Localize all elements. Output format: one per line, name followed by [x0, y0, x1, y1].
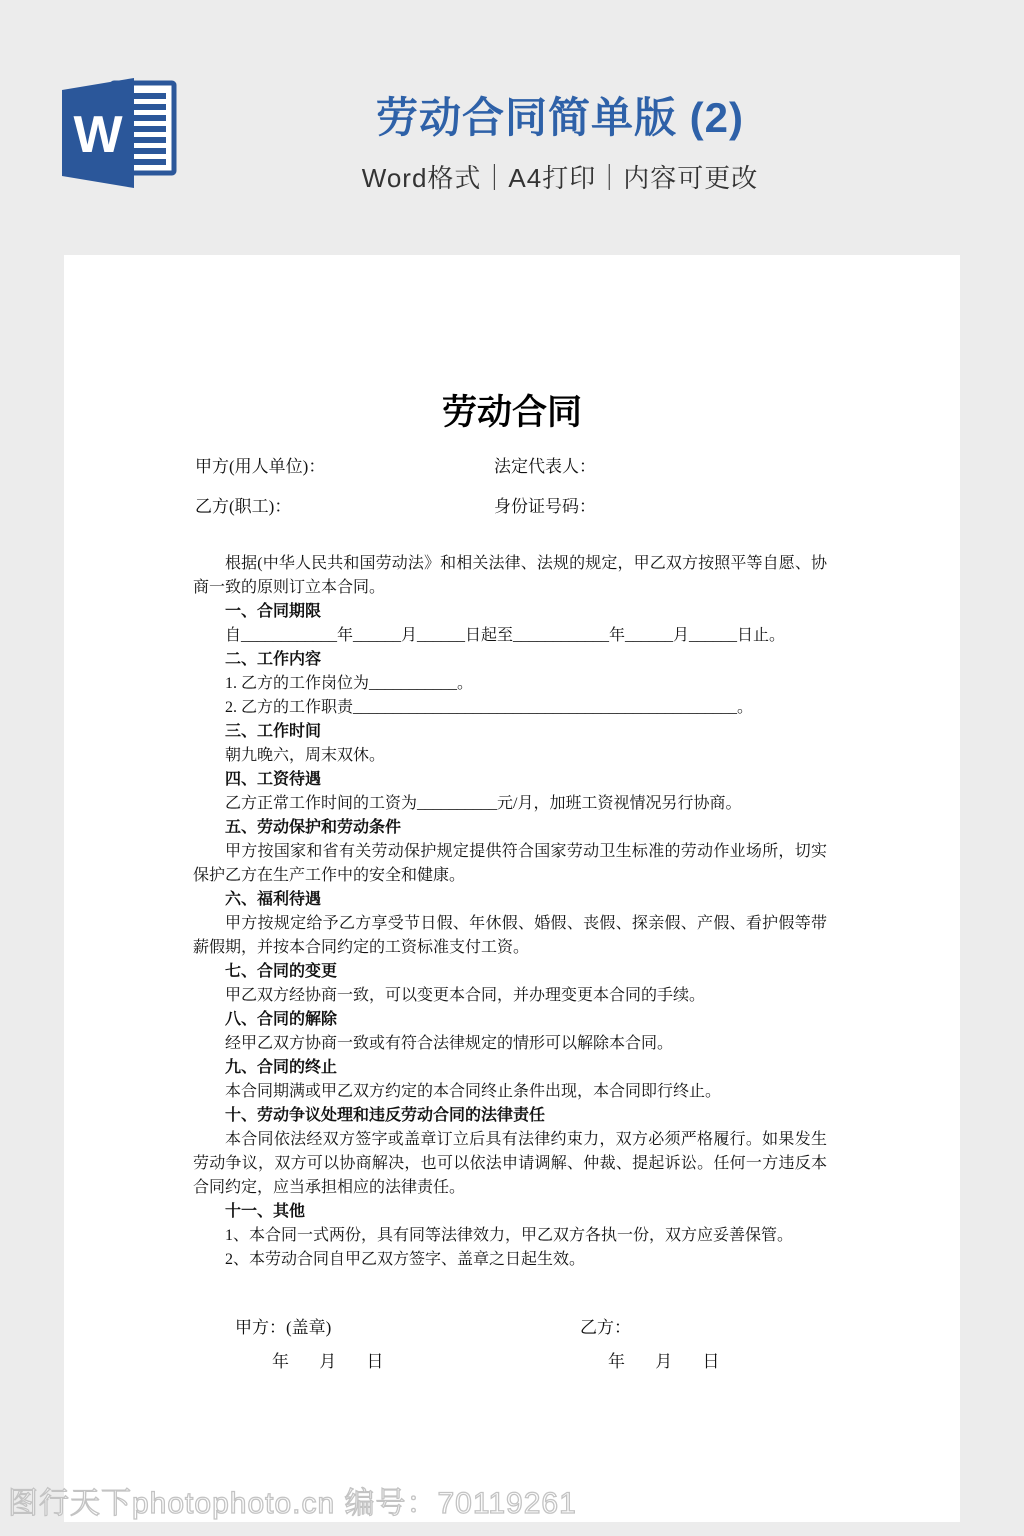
contract-paragraph: 十、劳动争议处理和违反劳动合同的法律责任 — [193, 1104, 827, 1128]
contract-paragraph: 八、合同的解除 — [193, 1008, 827, 1032]
contract-paragraph: 三、工作时间 — [193, 720, 827, 744]
legal-rep-label: 法定代表人： — [494, 452, 596, 477]
header-title: 劳动合同简单版 (2) — [185, 92, 935, 144]
contract-body: 根据(中华人民共和国劳动法》和相关法律、法规的规定，甲乙双方按照平等自愿、协商一… — [193, 552, 827, 1272]
contract-paragraph: 本合同期满或甲乙双方约定的本合同终止条件出现，本合同即行终止。 — [193, 1080, 827, 1104]
contract-paragraph: 五、劳动保护和劳动条件 — [193, 816, 827, 840]
contract-paragraph: 2. 乙方的工作职责______________________________… — [193, 696, 827, 720]
document-page: 劳动合同 甲方(用人单位)： 法定代表人： 乙方(职工)： 身份证号码： 根据(… — [64, 255, 960, 1522]
signature-date-b: 年 月 日 — [608, 1347, 720, 1372]
contract-paragraph: 1. 乙方的工作岗位为___________。 — [193, 672, 827, 696]
signature-party-a: 甲方：(盖章) — [235, 1313, 331, 1338]
field-row-2: 乙方(职工)： 身份证号码： — [195, 492, 835, 532]
contract-paragraph: 朝九晚六，周末双休。 — [193, 744, 827, 768]
header-subtitle: Word格式｜A4打印｜内容可更改 — [185, 158, 935, 195]
contract-paragraph: 本合同依法经双方签字或盖章订立后具有法律约束力，双方必须严格履行。如果发生劳动争… — [193, 1128, 827, 1200]
contract-paragraph: 经甲乙双方协商一致或有符合法律规定的情形可以解除本合同。 — [193, 1032, 827, 1056]
contract-paragraph: 一、合同期限 — [193, 600, 827, 624]
contract-paragraph: 二、工作内容 — [193, 648, 827, 672]
site-watermark: 图行天下photophoto.cn 编号：70119261 — [8, 1486, 577, 1522]
contract-paragraph: 十一、其他 — [193, 1200, 827, 1224]
word-icon: W — [62, 76, 182, 190]
contract-paragraph: 2、本劳动合同自甲乙双方签字、盖章之日起生效。 — [193, 1248, 827, 1272]
template-preview-page: { "colors": { "background": "#ececec", "… — [0, 0, 1024, 1536]
contract-paragraph: 根据(中华人民共和国劳动法》和相关法律、法规的规定，甲乙双方按照平等自愿、协商一… — [193, 552, 827, 600]
contract-paragraph: 乙方正常工作时间的工资为__________元/月，加班工资视情况另行协商。 — [193, 792, 827, 816]
signature-date-a: 年 月 日 — [272, 1347, 384, 1372]
contract-paragraph: 七、合同的变更 — [193, 960, 827, 984]
party-b-label: 乙方(职工)： — [195, 497, 291, 516]
contract-paragraph: 六、福利待遇 — [193, 888, 827, 912]
contract-title: 劳动合同 — [64, 385, 960, 435]
contract-paragraph: 自____________年______月______日起至__________… — [193, 624, 827, 648]
header: W 劳动合同简单版 (2) Word格式｜A4打印｜内容可更改 — [0, 0, 1024, 255]
contract-paragraph: 四、工资待遇 — [193, 768, 827, 792]
contract-paragraph: 甲方按规定给予乙方享受节日假、年休假、婚假、丧假、探亲假、产假、看护假等带薪假期… — [193, 912, 827, 960]
signature-block: 甲方：(盖章) 乙方： 年 月 日 年 月 日 — [64, 1313, 960, 1377]
contract-paragraph: 甲乙双方经协商一致，可以变更本合同，并办理变更本合同的手续。 — [193, 984, 827, 1008]
contract-paragraph: 九、合同的终止 — [193, 1056, 827, 1080]
contract-paragraph: 1、本合同一式两份，具有同等法律效力，甲乙双方各执一份，双方应妥善保管。 — [193, 1224, 827, 1248]
party-a-label: 甲方(用人单位)： — [195, 457, 325, 476]
contract-paragraph: 甲方按国家和省有关劳动保护规定提供符合国家劳动卫生标准的劳动作业场所，切实保护乙… — [193, 840, 827, 888]
signature-party-b: 乙方： — [580, 1313, 631, 1338]
contract-fields: 甲方(用人单位)： 法定代表人： 乙方(职工)： 身份证号码： — [195, 452, 835, 532]
id-number-label: 身份证号码： — [494, 492, 596, 517]
word-icon-letter: W — [73, 106, 123, 164]
field-row-1: 甲方(用人单位)： 法定代表人： — [195, 452, 835, 492]
